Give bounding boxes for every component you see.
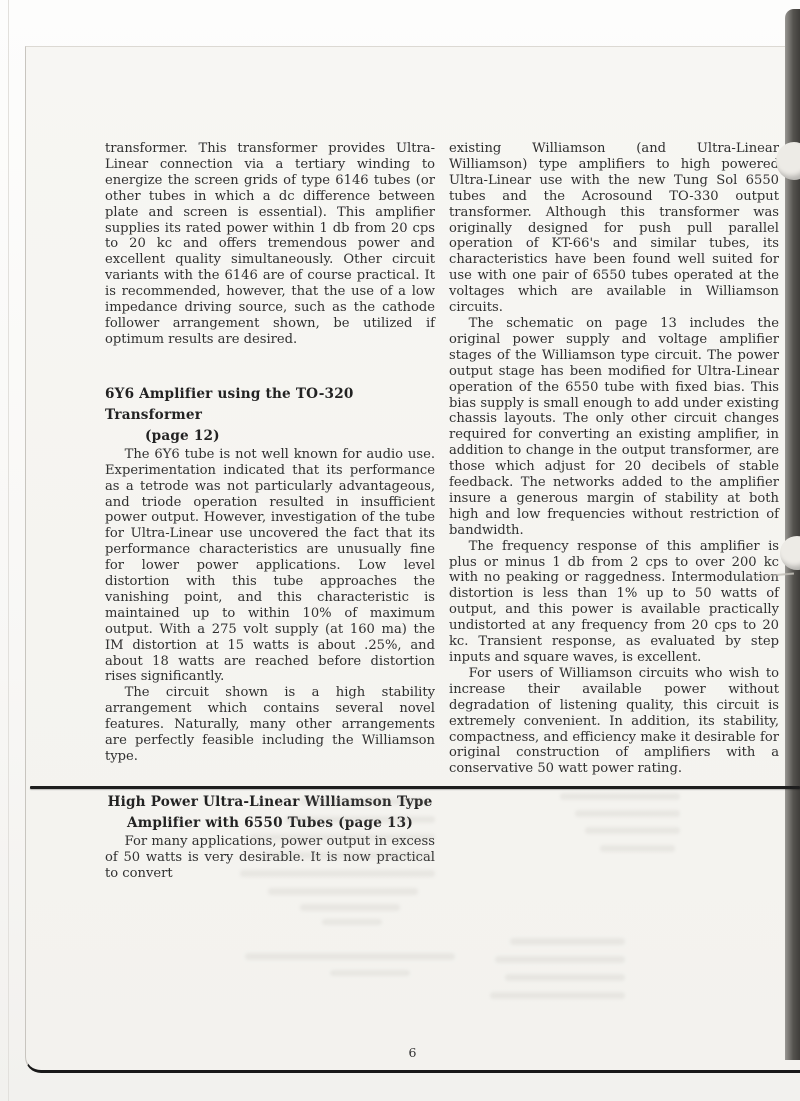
heading-line: 6Y6 Amplifier using the TO-320 Transform… xyxy=(105,384,435,426)
body-paragraph-continuation: existing Williamson (and Ultra-Linear Wi… xyxy=(449,141,779,316)
heading-line: (page 12) xyxy=(105,426,435,447)
bleed-through-text xyxy=(600,845,675,852)
page-number: 6 xyxy=(25,1045,800,1060)
section-divider-rule xyxy=(30,786,800,789)
body-paragraph: The frequency response of this amplifier… xyxy=(449,539,779,666)
body-paragraph-continuation: transformer. This transformer provides U… xyxy=(105,141,435,348)
body-paragraph: The schematic on page 13 includes the or… xyxy=(449,316,779,539)
bleed-through-text xyxy=(250,834,435,841)
section-heading-6y6: 6Y6 Amplifier using the TO-320 Transform… xyxy=(105,384,435,447)
bleed-through-text xyxy=(575,810,680,817)
bleed-through-text xyxy=(240,870,435,877)
bleed-through-text xyxy=(585,827,680,834)
bleed-through-text xyxy=(300,798,430,805)
body-paragraph: The 6Y6 tube is not well known for audio… xyxy=(105,447,435,686)
left-column: transformer. This transformer provides U… xyxy=(105,141,435,882)
bleed-through-text xyxy=(560,793,680,800)
bleed-through-text xyxy=(510,938,625,945)
body-paragraph: The circuit shown is a high stability ar… xyxy=(105,685,435,765)
bleed-through-text xyxy=(300,904,400,911)
bleed-through-text xyxy=(330,970,410,976)
bleed-through-text xyxy=(322,919,382,925)
underlying-page-edge xyxy=(8,0,9,1101)
bleed-through-text xyxy=(262,852,432,859)
bleed-through-text xyxy=(285,816,435,823)
bleed-through-text xyxy=(490,992,625,999)
body-paragraph: For users of Williamson circuits who wis… xyxy=(449,666,779,777)
bleed-through-text xyxy=(268,888,418,895)
bleed-through-text xyxy=(495,956,625,963)
bleed-through-text xyxy=(505,974,625,981)
right-column: existing Williamson (and Ultra-Linear Wi… xyxy=(449,141,779,777)
bleed-through-text xyxy=(245,953,455,960)
